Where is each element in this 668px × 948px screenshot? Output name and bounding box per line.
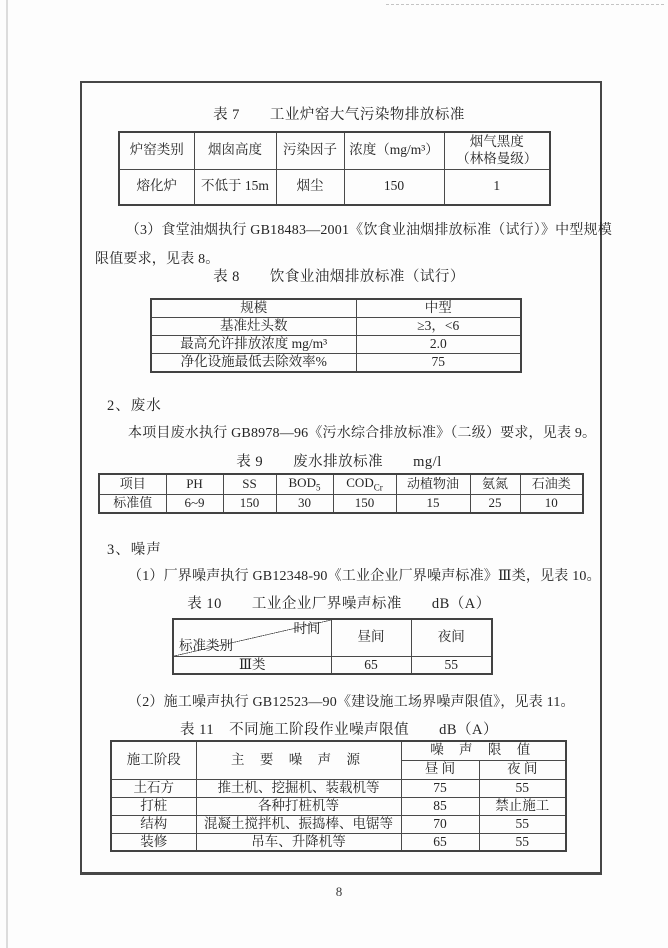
table-cell: 不低于 15m bbox=[194, 169, 276, 205]
table-cell: 70 bbox=[401, 815, 479, 833]
table11-header-cell: 主 要 噪 声 源 bbox=[196, 741, 401, 779]
table10-title: 表 10 工业企业厂界噪声标准 dB（A） bbox=[78, 592, 600, 613]
table-cell: 净化设施最低去除效率% bbox=[151, 353, 356, 371]
table9-header-cell: CODCr bbox=[333, 474, 396, 494]
table-cell: 打桩 bbox=[111, 797, 196, 815]
table-cell: 禁止施工 bbox=[479, 797, 566, 815]
table-cell: 熔化炉 bbox=[119, 169, 194, 205]
table-row: 打桩 各种打桩机等 85 禁止施工 bbox=[111, 797, 566, 815]
table9-data-row: 标准值 6~9 150 30 150 15 25 10 bbox=[99, 494, 583, 513]
table9-header-cell: BOD5 bbox=[276, 474, 333, 494]
table-row: 结构 混凝土搅拌机、振捣棒、电锯等 70 55 bbox=[111, 815, 566, 833]
table10-data-row: Ⅲ类 65 55 bbox=[173, 656, 492, 674]
table-cell: 混凝土搅拌机、振捣棒、电锯等 bbox=[196, 815, 401, 833]
table-cell: 基准灶头数 bbox=[151, 317, 356, 335]
table-cell: 吊车、升降机等 bbox=[196, 833, 401, 851]
paragraph-boundary-noise: （1）厂界噪声执行 GB12348-90《工业企业厂界噪声标准》Ⅲ类，见表 10… bbox=[128, 565, 601, 585]
table8-cooking-fume-standard: 规模 中型 基准灶头数 ≥3，<6 最高允许排放浓度 mg/m³ 2.0 净化设… bbox=[150, 298, 522, 373]
table-cell: 25 bbox=[470, 494, 520, 513]
table-cell: 55 bbox=[479, 833, 566, 851]
table7-header-row: 炉窑类别 烟囱高度 污染因子 浓度（mg/m³） 烟气黑度 （林格曼级） bbox=[119, 132, 550, 169]
table9-header-cell: 项目 bbox=[99, 474, 166, 494]
section-heading-wastewater: 2、废水 bbox=[107, 394, 162, 415]
table-cell: 最高允许排放浓度 mg/m³ bbox=[151, 335, 356, 353]
diagonal-label-time: 时间 bbox=[294, 621, 321, 638]
table7-smoke-header-line2: （林格曼级） bbox=[445, 151, 550, 168]
table10-header-cell: 昼间 bbox=[331, 619, 411, 656]
table-cell: 30 bbox=[276, 494, 333, 513]
table11-header-cell: 夜 间 bbox=[479, 760, 566, 779]
table-row: 最高允许排放浓度 mg/m³ 2.0 bbox=[151, 335, 521, 353]
table8-title: 表 8 饮食业油烟排放标准（试行） bbox=[78, 265, 600, 286]
table-row: 土石方 推土机、挖掘机、装载机等 75 55 bbox=[111, 779, 566, 797]
table7-title: 表 7 工业炉窑大气污染物排放标准 bbox=[78, 103, 600, 124]
table-row: 规模 中型 bbox=[151, 299, 521, 317]
diagonal-header-cell: 时间 标准类别 bbox=[173, 619, 331, 656]
table7-header-cell: 浓度（mg/m³） bbox=[344, 132, 444, 169]
table-cell: 65 bbox=[401, 833, 479, 851]
table7-furnace-emission-standard: 炉窑类别 烟囱高度 污染因子 浓度（mg/m³） 烟气黑度 （林格曼级） 熔化炉… bbox=[118, 131, 551, 206]
table-cell: 65 bbox=[331, 656, 411, 674]
table-cell: 烟尘 bbox=[276, 169, 344, 205]
table-cell: 150 bbox=[223, 494, 276, 513]
table-cell: 55 bbox=[479, 815, 566, 833]
table-cell: 75 bbox=[356, 353, 521, 371]
table9-header-cell: PH bbox=[166, 474, 223, 494]
table-cell: 1 bbox=[444, 169, 550, 205]
table7-header-cell: 炉窑类别 bbox=[119, 132, 194, 169]
table-cell: 规模 bbox=[151, 299, 356, 317]
table7-smoke-header-line1: 烟气黑度 bbox=[445, 134, 550, 151]
section-heading-noise: 3、噪声 bbox=[107, 538, 162, 559]
table9-wastewater-standard: 项目 PH SS BOD5 CODCr 动植物油 氨氮 石油类 标准值 6~9 … bbox=[98, 473, 584, 514]
paragraph-construction-noise: （2）施工噪声执行 GB12523—90《建设施工场界噪声限值》，见表 11。 bbox=[128, 691, 575, 711]
table-cell: 装修 bbox=[111, 833, 196, 851]
table9-header-cell: 石油类 bbox=[520, 474, 583, 494]
table11-header-cell: 昼 间 bbox=[401, 760, 479, 779]
table11-header-row: 施工阶段 主 要 噪 声 源 噪 声 限 值 bbox=[111, 741, 566, 760]
table-row: 净化设施最低去除效率% 75 bbox=[151, 353, 521, 371]
diagonal-label-class: 标准类别 bbox=[179, 638, 233, 655]
scan-dashes-artifact bbox=[386, 4, 664, 5]
table-cell: 15 bbox=[396, 494, 470, 513]
table11-header-cell: 施工阶段 bbox=[111, 741, 196, 779]
table11-title: 表 11 不同施工阶段作业噪声限值 dB（A） bbox=[78, 718, 600, 739]
table-cell: 2.0 bbox=[356, 335, 521, 353]
table9-header-cell: SS bbox=[223, 474, 276, 494]
table-cell: 土石方 bbox=[111, 779, 196, 797]
table10-header-row: 时间 标准类别 昼间 夜间 bbox=[173, 619, 492, 656]
table-row: 装修 吊车、升降机等 65 55 bbox=[111, 833, 566, 851]
table7-header-cell: 烟气黑度 （林格曼级） bbox=[444, 132, 550, 169]
table-cell: 150 bbox=[333, 494, 396, 513]
table11-header-cell: 噪 声 限 值 bbox=[401, 741, 566, 760]
table11-construction-noise-limits: 施工阶段 主 要 噪 声 源 噪 声 限 值 昼 间 夜 间 土石方 推土机、挖… bbox=[110, 740, 567, 852]
bod-subscript: 5 bbox=[316, 483, 321, 493]
table7-data-row: 熔化炉 不低于 15m 烟尘 150 1 bbox=[119, 169, 550, 205]
table-cell: 85 bbox=[401, 797, 479, 815]
page-number: 8 bbox=[78, 884, 600, 900]
table9-title: 表 9 废水排放标准 mg/l bbox=[78, 450, 600, 471]
table-cell: 推土机、挖掘机、装载机等 bbox=[196, 779, 401, 797]
table9-header-cell: 动植物油 bbox=[396, 474, 470, 494]
table-cell: 150 bbox=[344, 169, 444, 205]
table10-factory-noise-standard: 时间 标准类别 昼间 夜间 Ⅲ类 65 55 bbox=[172, 618, 493, 675]
paragraph-wastewater: 本项目废水执行 GB8978—96《污水综合排放标准》（二级）要求，见表 9。 bbox=[128, 422, 596, 442]
scan-edge-artifact bbox=[6, 0, 8, 948]
table-cell: 10 bbox=[520, 494, 583, 513]
table-cell: 6~9 bbox=[166, 494, 223, 513]
table-cell: Ⅲ类 bbox=[173, 656, 331, 674]
table7-header-cell: 污染因子 bbox=[276, 132, 344, 169]
scanned-document-page: 表 7 工业炉窑大气污染物排放标准 炉窑类别 烟囱高度 污染因子 浓度（mg/m… bbox=[0, 0, 668, 948]
table-cell: ≥3，<6 bbox=[356, 317, 521, 335]
table7-header-cell: 烟囱高度 bbox=[194, 132, 276, 169]
table-cell: 55 bbox=[411, 656, 492, 674]
table-cell: 75 bbox=[401, 779, 479, 797]
table-row: 基准灶头数 ≥3，<6 bbox=[151, 317, 521, 335]
cod-label: COD bbox=[346, 475, 373, 490]
table-cell: 55 bbox=[479, 779, 566, 797]
table-cell: 结构 bbox=[111, 815, 196, 833]
table-cell: 中型 bbox=[356, 299, 521, 317]
table-cell: 标准值 bbox=[99, 494, 166, 513]
table-cell: 各种打桩机等 bbox=[196, 797, 401, 815]
table9-header-row: 项目 PH SS BOD5 CODCr 动植物油 氨氮 石油类 bbox=[99, 474, 583, 494]
table9-header-cell: 氨氮 bbox=[470, 474, 520, 494]
table10-header-cell: 夜间 bbox=[411, 619, 492, 656]
paragraph-line: （3）食堂油烟执行 GB18483—2001《饮食业油烟排放标准（试行）》中型规… bbox=[95, 216, 600, 245]
bod-label: BOD bbox=[289, 475, 316, 490]
cod-subscript: Cr bbox=[374, 483, 383, 493]
